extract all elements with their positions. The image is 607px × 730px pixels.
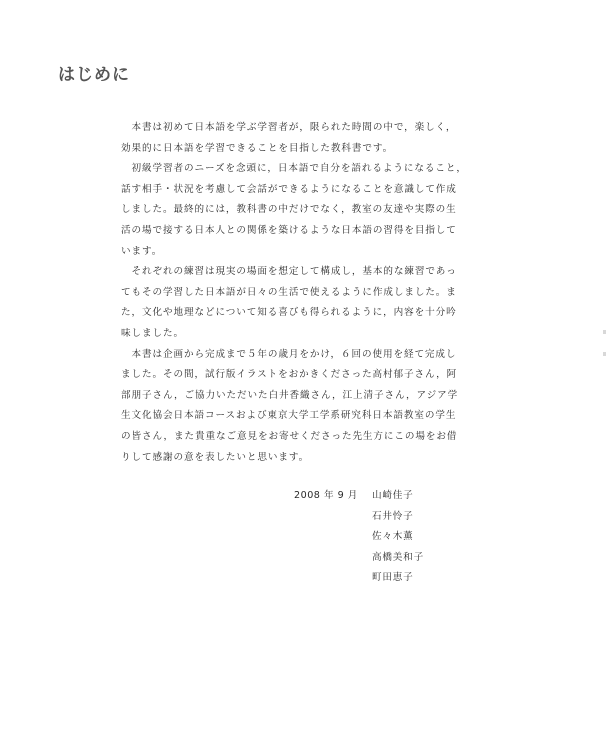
text-line: 生文化協会日本語コースおよび東京大学工学系研究科日本語教室の学生 bbox=[121, 406, 437, 427]
signature-date: 2008 年 9 月 bbox=[294, 486, 358, 507]
text-line: しました。最終的には，教科書の中だけでなく，教室の友達や実際の生 bbox=[121, 200, 437, 221]
preface-body: 本書は初めて日本語を学ぶ学習者が，限られた時間の中で，楽しく， 効果的に日本語を… bbox=[121, 118, 437, 468]
author-name: 石井怜子 bbox=[372, 507, 424, 528]
text-line: 初級学習者のニーズを念頭に，日本語で自分を語れるようになること， bbox=[121, 159, 437, 180]
text-line: 話す相手・状況を考慮して会話ができるようになることを意識して作成 bbox=[121, 180, 437, 201]
text-line: 味しました。 bbox=[121, 324, 437, 345]
author-list: 山崎佳子 石井怜子 佐々木薫 高橋美和子 町田恵子 bbox=[372, 486, 424, 589]
text-line: います。 bbox=[121, 242, 437, 263]
author-name: 佐々木薫 bbox=[372, 527, 424, 548]
text-line: それぞれの練習は現実の場面を想定して構成し，基本的な練習であっ bbox=[121, 262, 437, 283]
scan-artifact bbox=[603, 330, 606, 334]
text-line: てもその学習した日本語が日々の生活で使えるように作成しました。ま bbox=[121, 283, 437, 304]
text-line: の皆さん，また貴重なご意見をお寄せくださった先生方にこの場をお借 bbox=[121, 427, 437, 448]
text-line: 本書は企画から完成まで５年の歳月をかけ，６回の使用を経て完成し bbox=[121, 345, 437, 366]
author-name: 町田恵子 bbox=[372, 568, 424, 589]
text-line: ました。その間，試行版イラストをおかきくださった高村郁子さん，阿 bbox=[121, 365, 437, 386]
author-name: 高橋美和子 bbox=[372, 548, 424, 569]
text-line: た，文化や地理などについて知る喜びも得られるように，内容を十分吟 bbox=[121, 303, 437, 324]
text-line: りして感謝の意を表したいと思います。 bbox=[121, 448, 437, 469]
scan-artifact bbox=[603, 352, 606, 356]
text-line: 効果的に日本語を学習できることを目指した教科書です。 bbox=[121, 139, 437, 160]
text-line: 本書は初めて日本語を学ぶ学習者が，限られた時間の中で，楽しく， bbox=[121, 118, 437, 139]
text-line: 部朋子さん，ご協力いただいた白井香織さん，江上清子さん，アジア学 bbox=[121, 386, 437, 407]
author-name: 山崎佳子 bbox=[372, 486, 424, 507]
page-title: はじめに bbox=[58, 60, 130, 85]
text-line: 活の場で接する日本人との関係を築けるような日本語の習得を目指して bbox=[121, 221, 437, 242]
